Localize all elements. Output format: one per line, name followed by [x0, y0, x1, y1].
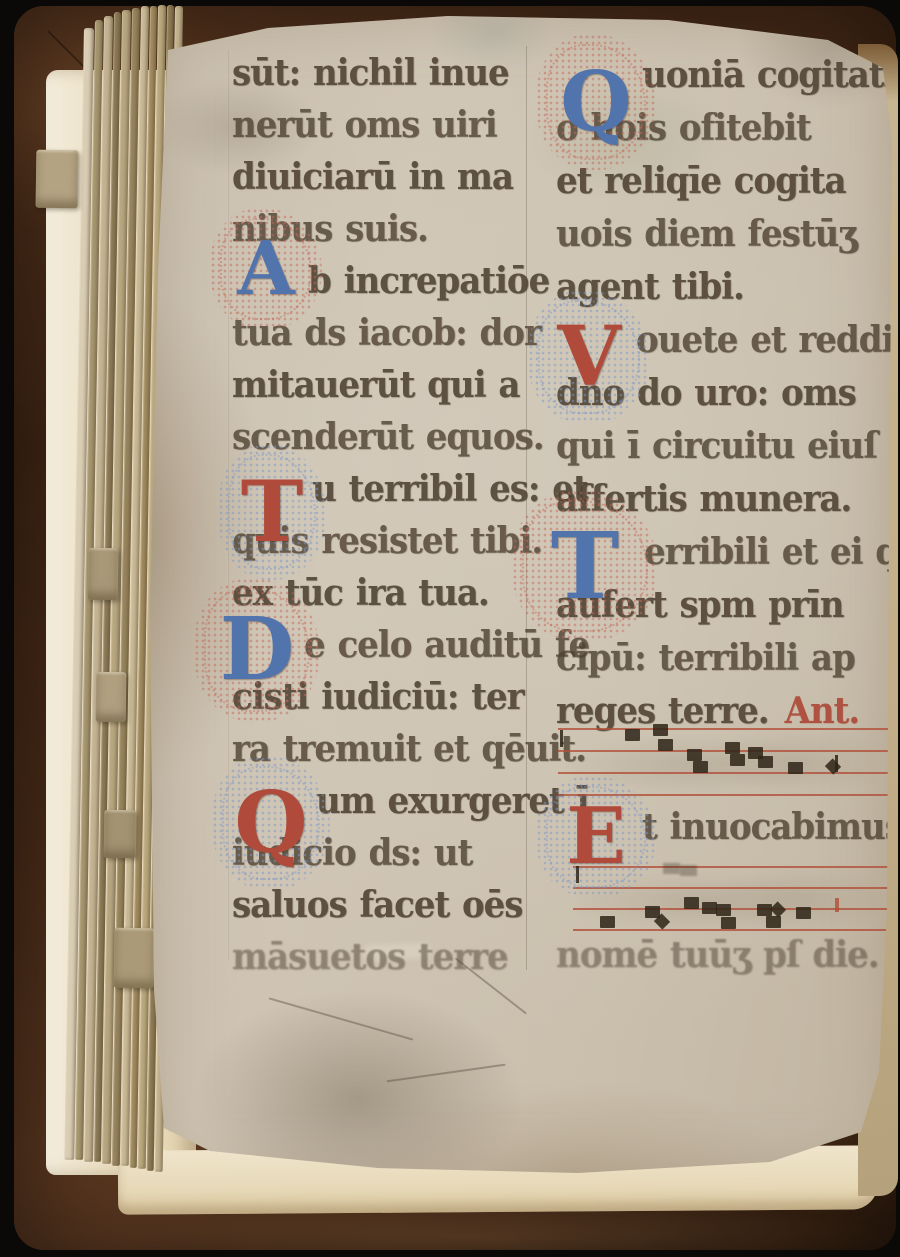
line-text: nomē tuūʒ pſ die. [556, 933, 879, 976]
manuscript-text-line: māsuetos terre [232, 939, 508, 976]
staff-line [573, 908, 893, 910]
index-tab [88, 548, 119, 600]
rubric-ant: Ant. [785, 689, 860, 732]
neume-punctum [684, 897, 699, 909]
manuscript-text-line: nomē tuūʒ pſ die.Ā. [556, 937, 900, 974]
initial-letter: T [526, 504, 644, 628]
illuminated-initial-E: E [550, 790, 642, 884]
staff-line [558, 772, 893, 774]
line-text: sūt: nichil inue [232, 51, 509, 94]
illuminated-initial-T-right: T [526, 504, 644, 628]
neume-punctum [702, 902, 717, 914]
line-text: erribili et ei qui [644, 530, 900, 573]
illuminated-initial-V: V [542, 304, 636, 410]
vellum-crack [269, 997, 414, 1040]
manuscript-photo: sūt: nichil inuenerūt oms uiridiuiciarū … [0, 0, 900, 1257]
initial-letter: Q [226, 770, 316, 876]
manuscript-text-line: uoniā cogitatio [642, 57, 900, 94]
initial-letter: D [208, 592, 306, 708]
manuscript-text-line: erribili et ei qui [644, 534, 900, 571]
neume-punctum [658, 739, 673, 751]
manuscript-text-line: cipū: terribili ap [556, 640, 855, 677]
manuscript-text-line: uois diem festūʒ [556, 216, 857, 253]
line-text: diuiciarū in ma [232, 155, 513, 198]
manuscript-text-line: reges terre.Ant. [556, 693, 859, 730]
manuscript-text-line: t inuocabimus [642, 809, 900, 846]
neume-punctum [721, 917, 736, 929]
neume-punctum [693, 761, 708, 773]
line-text: uoniā cogitatio [642, 53, 900, 96]
manuscript-text-line: saluos facet oēs [232, 887, 522, 924]
neume-punctum [758, 756, 773, 768]
initial-letter: E [550, 790, 642, 884]
neume-punctum [766, 916, 781, 928]
index-tab [36, 150, 79, 209]
initial-letter: V [542, 304, 636, 410]
manuscript-text-line: qui ī circuitu eiuſ [556, 428, 877, 465]
neume-punctum [716, 904, 731, 916]
line-text: cipū: terribili ap [556, 636, 855, 679]
illuminated-initial-T-left: T [232, 458, 312, 566]
line-text: mitauerūt qui a [232, 363, 519, 406]
neume-smudge [663, 863, 680, 874]
manuscript-text-line: sūt: nichil inue [232, 55, 509, 92]
manuscript-text-line: b increpatiōe [308, 263, 549, 300]
line-text: qui ī circuitu eiuſ [556, 424, 877, 467]
neume-smudge [680, 865, 697, 876]
neume-tick [560, 730, 563, 747]
line-text: t inuocabimus [642, 805, 900, 848]
neume-punctum [653, 724, 668, 736]
initial-letter: Q [550, 48, 642, 156]
vellum-page: sūt: nichil inuenerūt oms uiridiuiciarū … [148, 10, 898, 1180]
line-text: nerūt oms uiri [232, 103, 497, 146]
illuminated-initial-A: A [224, 222, 308, 316]
line-text: uois diem festūʒ [556, 212, 857, 255]
initial-letter: T [232, 458, 312, 566]
illuminated-initial-Q-left: Q [226, 770, 316, 876]
neume-punctum [788, 762, 803, 774]
manuscript-text-line: mitauerūt qui a [232, 367, 519, 404]
index-tab [104, 810, 137, 858]
initial-letter: A [224, 222, 308, 316]
neume-punctum [725, 742, 740, 754]
manuscript-text-line: diuiciarū in ma [232, 159, 513, 196]
neume-tick [835, 755, 838, 772]
neume-punctum [796, 907, 811, 919]
illuminated-initial-D: D [208, 592, 306, 708]
line-text: b increpatiōe [308, 259, 549, 302]
line-text: ouete et reddite [636, 318, 900, 361]
neume-punctum [625, 729, 640, 741]
manuscript-text-line: ouete et reddite [636, 322, 900, 359]
neume-punctum [600, 916, 615, 928]
manuscript-text-line: nerūt oms uiri [232, 107, 497, 144]
staff-line [558, 728, 893, 730]
staff-line [573, 929, 893, 931]
line-text: māsuetos terre [232, 935, 508, 978]
neume-punctum [730, 754, 745, 766]
neume-punctum [687, 749, 702, 761]
index-tab [114, 928, 155, 989]
index-tab [96, 672, 127, 722]
vellum-crack [386, 1064, 505, 1082]
neume-custos [835, 898, 839, 912]
illuminated-initial-Q-right: Q [550, 48, 642, 156]
